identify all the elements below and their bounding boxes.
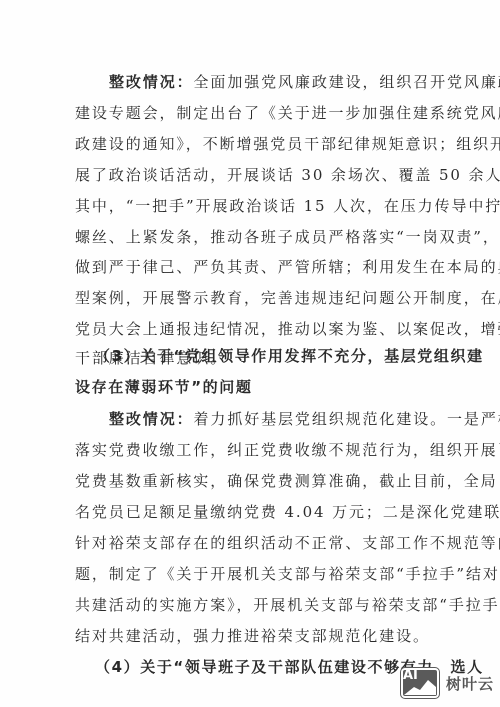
section-heading-4: （4）关于“领导班子及干部队伍建设不够有力，选人	[95, 652, 445, 682]
paragraph-line: 做到严于律己、严负其责、严管所辖；利用发生在本局的典	[75, 252, 425, 282]
paragraph-line: 展了政治谈话活动，开展谈话 30 余场次、覆盖 50 余人次，	[75, 160, 425, 190]
watermark: AI 树叶云	[400, 663, 494, 703]
paragraph-line: 党费基数重新核实，确保党费测算准确，截止目前，全局 195	[75, 466, 425, 496]
line-text: 着力抓好基层党组织规范化建设。一是严格	[194, 410, 500, 428]
paragraph-line: 政建设的通知》，不断增强党员干部纪律规矩意识；组织开	[75, 129, 425, 159]
document-page: 整改情况：全面加强党风廉政建设，组织召开党风廉政 建设专题会，制定出台了《关于进…	[0, 0, 500, 707]
paragraph-line: 整改情况：全面加强党风廉政建设，组织召开党风廉政	[109, 67, 459, 97]
rectification-label: 整改情况：	[109, 410, 194, 428]
watermark-brand: 树叶云	[446, 673, 494, 694]
paragraph-line: 共建活动的实施方案》，开展机关支部与裕荣支部“手拉手”	[75, 590, 425, 620]
paragraph-line: 建设专题会，制定出台了《关于进一步加强住建系统党风廉	[75, 98, 425, 128]
rectification-label: 整改情况：	[109, 73, 194, 91]
section-heading-3: （3）关于“党组领导作用发挥不充分，基层党组织建	[95, 341, 445, 371]
paragraph-line: 螺丝、上紧发条，推动各班子成员严格落实“一岗双责”，	[75, 222, 425, 252]
paragraph-line: 其中，“一把手”开展政治谈话 15 人次，在压力传导中拧紧	[75, 191, 425, 221]
paragraph-line: 党员大会上通报违纪情况，推动以案为鉴、以案促改，增强	[75, 314, 425, 344]
paragraph-line: 针对裕荣支部存在的组织活动不正常、支部工作不规范等问	[75, 528, 425, 558]
ai-image-logo-icon: AI	[400, 667, 440, 699]
paragraph-line: 结对共建活动，强力推进裕荣支部规范化建设。	[75, 621, 425, 651]
section-heading-3-cont: 设存在薄弱环节”的问题	[75, 372, 425, 402]
paragraph-line: 名党员已足额足量缴纳党费 4.04 万元；二是深化党建联建，	[75, 497, 425, 527]
paragraph-line: 整改情况：着力抓好基层党组织规范化建设。一是严格	[109, 404, 459, 434]
paragraph-line: 题，制定了《关于开展机关支部与裕荣支部“手拉手”结对	[75, 559, 425, 589]
paragraph-line: 落实党费收缴工作，纠正党费收缴不规范行为，组织开展了	[75, 435, 425, 465]
paragraph-line: 型案例，开展警示教育，完善违规违纪问题公开制度，在局	[75, 283, 425, 313]
line-text: 全面加强党风廉政建设，组织召开党风廉政	[194, 73, 500, 91]
logo-text: AI	[403, 668, 418, 683]
